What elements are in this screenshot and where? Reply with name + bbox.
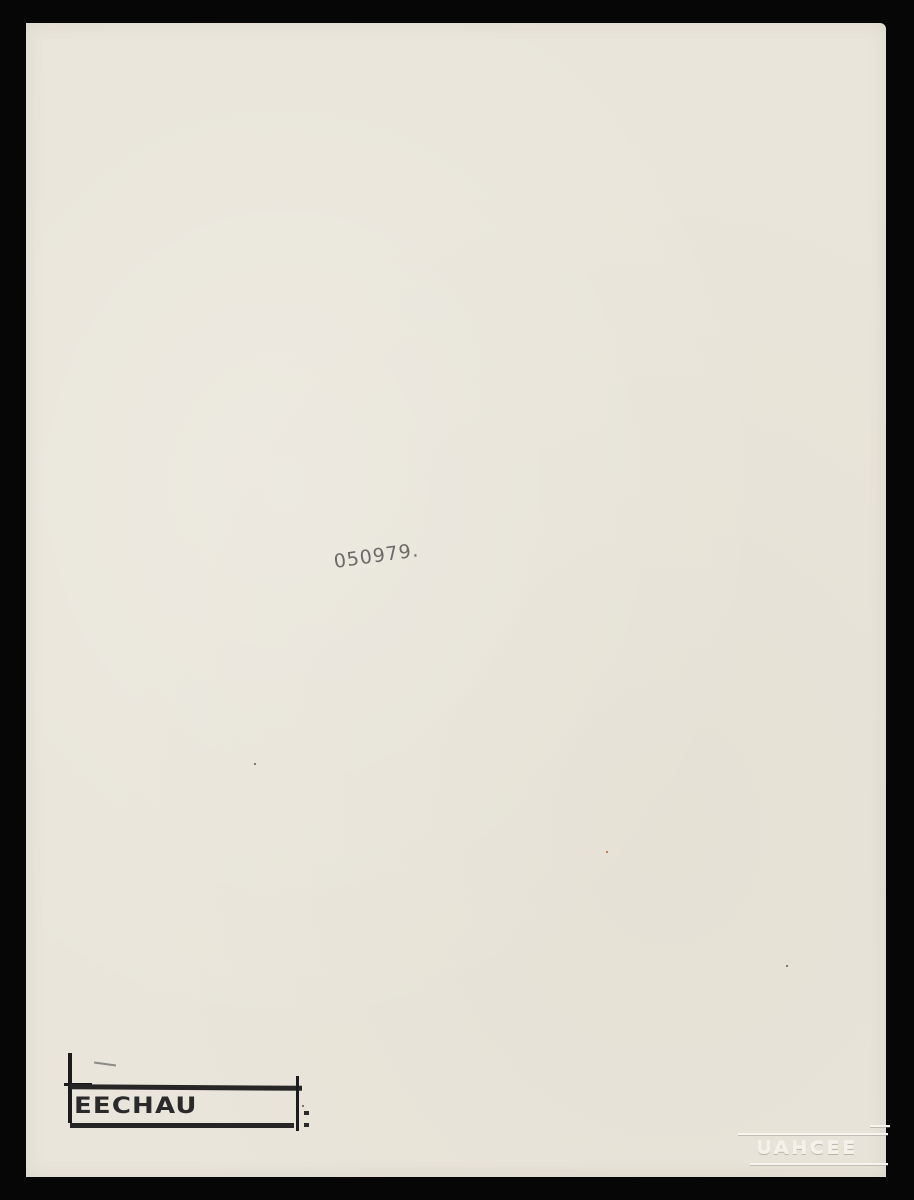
- photographer-stamp: EECHAU: [64, 1053, 324, 1133]
- photo-back-paper: 050979. EECHAU UAHCEE: [26, 23, 886, 1177]
- stamp-text: EECHAU: [74, 1094, 198, 1119]
- stamp-colon-dot: [304, 1123, 309, 1127]
- stamp-colon-dot: [304, 1111, 309, 1115]
- emboss-top-rule: [738, 1133, 888, 1135]
- emboss-tick: [870, 1125, 890, 1127]
- embossed-mirrored-stamp: UAHCEE: [734, 1123, 894, 1169]
- emboss-text: UAHCEE: [756, 1139, 858, 1159]
- emboss-bottom-rule: [750, 1163, 888, 1165]
- stamp-bottom-rule: [70, 1123, 294, 1128]
- paper-speck: [786, 965, 788, 967]
- paper-speck: [606, 851, 608, 853]
- stamp-smudge: [94, 1061, 116, 1066]
- handwritten-inventory-number: 050979.: [332, 539, 420, 573]
- stamp-right-bar: [296, 1076, 299, 1131]
- paper-speck: [254, 763, 256, 765]
- stamp-top-rule: [70, 1084, 302, 1091]
